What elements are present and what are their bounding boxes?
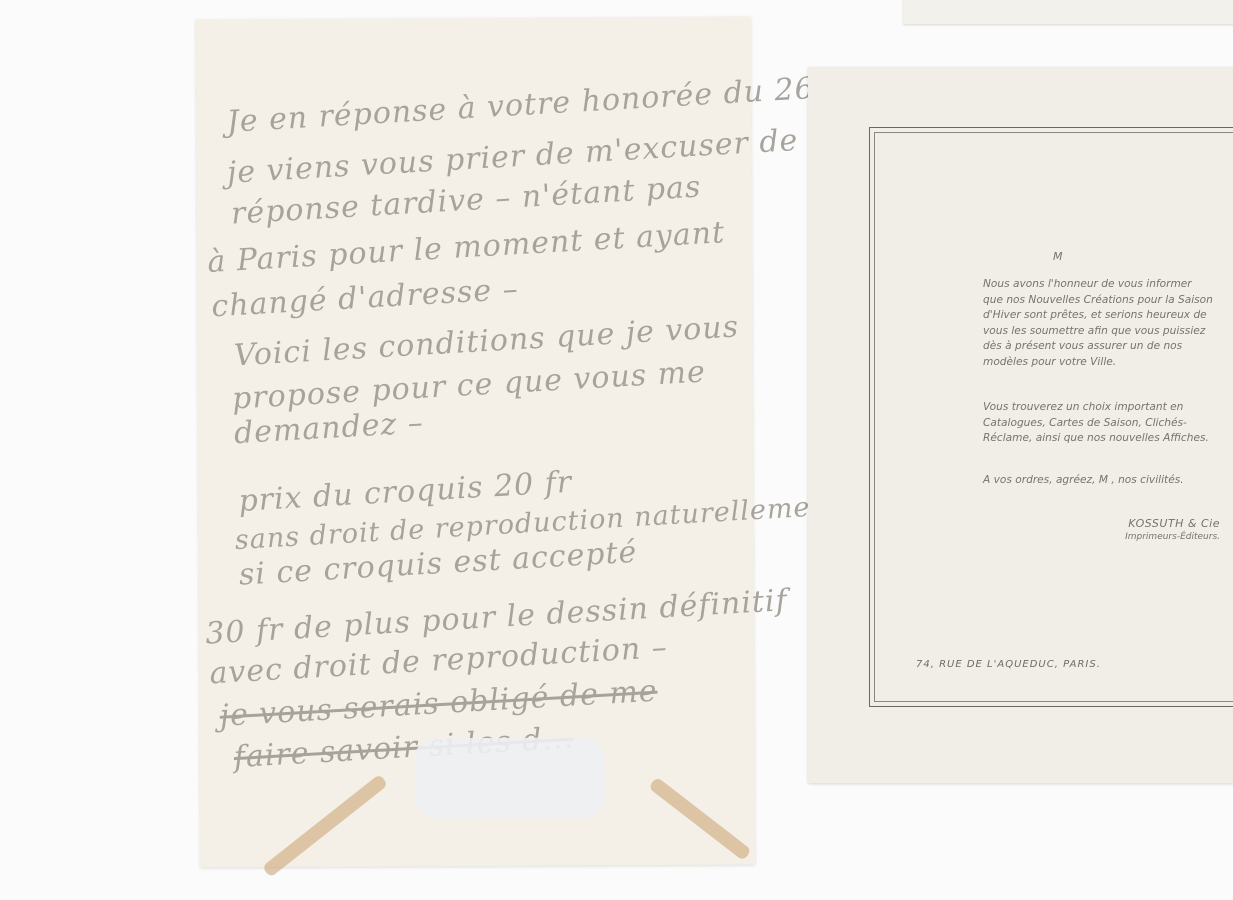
paper-repair-patch [415,737,605,818]
company-subtitle: Imprimeurs-Éditeurs. [1125,532,1220,542]
card-paragraph-2: Vous trouverez un choix important en Cat… [983,400,1213,447]
tape-stain-left [262,774,388,878]
printed-circular-card: M Nous avons l'honneur de vous informer … [808,67,1233,783]
company-name: KOSSUTH & Cie [1128,517,1220,530]
handwritten-letter: Je en réponse à votre honorée du 26 août… [196,17,755,868]
tape-stain-right [648,777,752,861]
card-paragraph-1: Nous avons l'honneur de vous informer qu… [983,277,1213,370]
background-card-edge [903,0,1233,24]
card-closing: A vos ordres, agréez, M , nos civilités. [983,473,1213,489]
letter-line: changé d'adresse – [210,272,519,325]
company-address: 74, RUE DE L'AQUEDUC, PARIS. [916,659,1101,670]
card-salutation: M [1053,250,1063,263]
